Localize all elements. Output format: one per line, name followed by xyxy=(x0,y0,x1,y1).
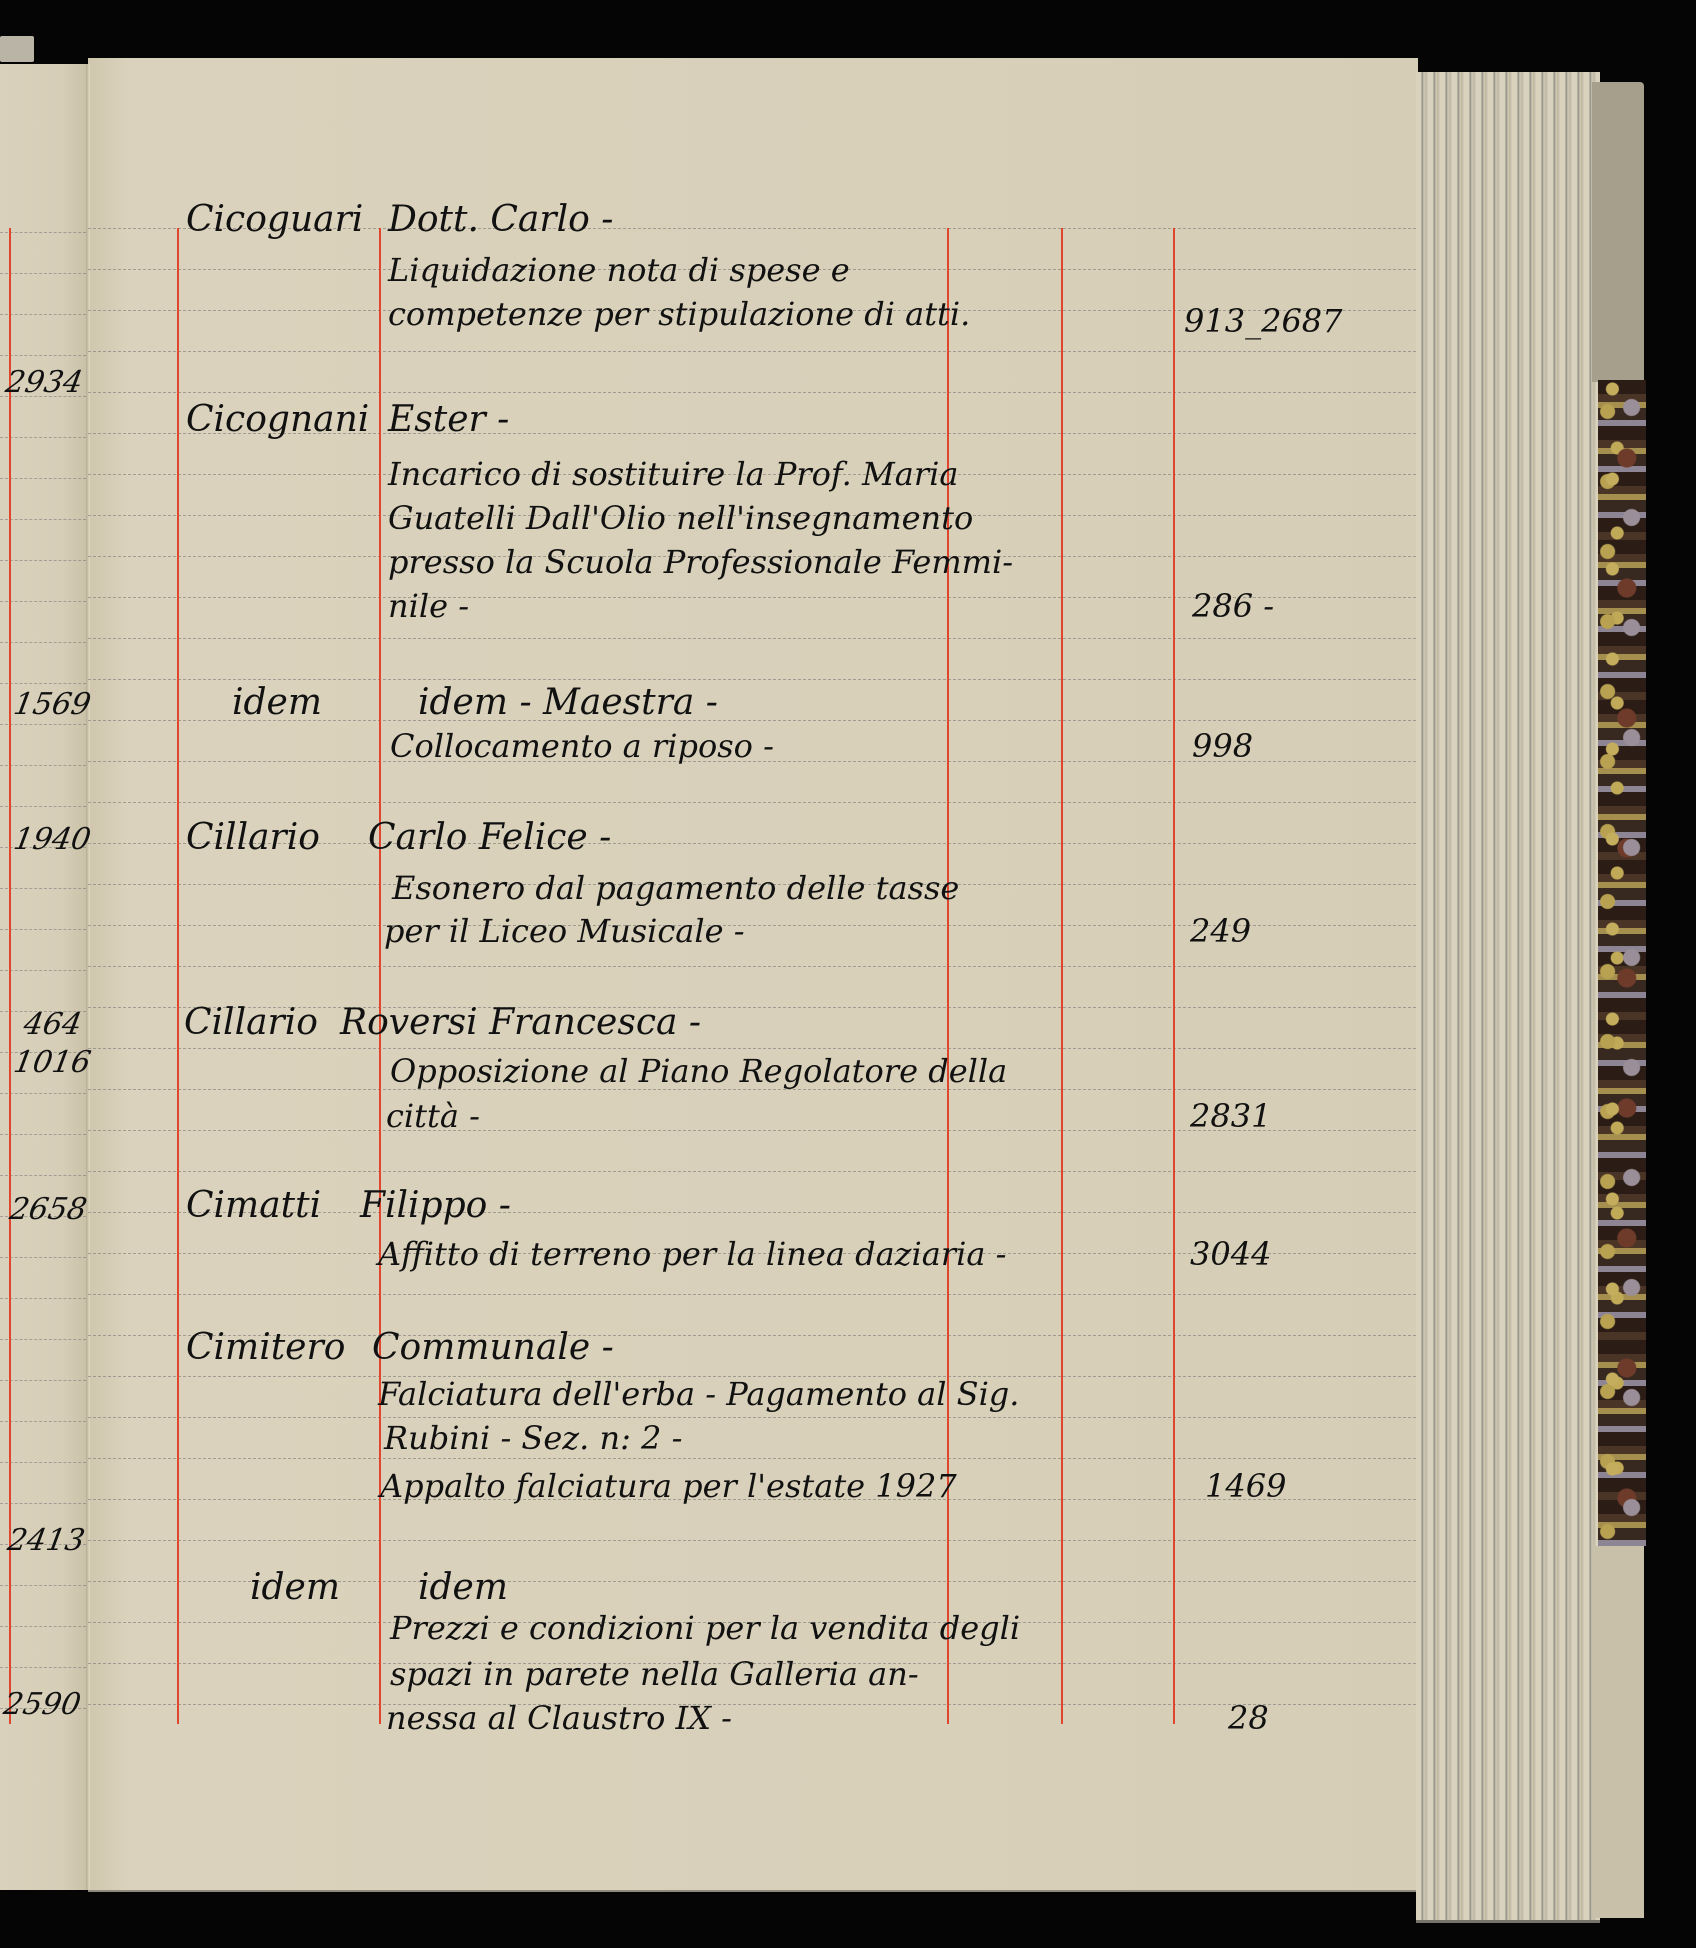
ruled-line-left-page xyxy=(0,1093,86,1095)
ruled-line xyxy=(88,1294,1416,1296)
entry-given-name: Communale - xyxy=(372,1330,614,1366)
entry-description-line: nile - xyxy=(388,590,469,622)
entry-amount: 28 xyxy=(1228,1702,1269,1734)
ruled-line-left-page xyxy=(0,1585,86,1587)
ruled-line-left-page xyxy=(0,560,86,562)
left-page-tab xyxy=(0,36,34,62)
entry-description-line: Prezzi e condizioni per la vendita degli xyxy=(390,1612,1020,1644)
red-rule-amount-column xyxy=(1173,228,1175,1724)
entry-amount: 249 xyxy=(1190,915,1251,947)
entry-surname: Cicognani xyxy=(186,402,369,438)
entry-surname: Cillario xyxy=(186,820,320,856)
ruled-line-left-page xyxy=(0,806,86,808)
ruled-line-left-page xyxy=(0,355,86,357)
left-page xyxy=(0,64,88,1890)
entry-given-name: Filippo - xyxy=(360,1188,511,1224)
entry-surname: Cimatti xyxy=(186,1188,321,1224)
ruled-line-left-page xyxy=(0,929,86,931)
ruled-line xyxy=(88,966,1416,968)
entry-description-line: Falciatura dell'erba - Pagamento al Sig. xyxy=(378,1378,1019,1410)
entry-given-name: Dott. Carlo - xyxy=(388,202,613,238)
ruled-line-left-page xyxy=(0,1175,86,1177)
ruled-line-left-page xyxy=(0,970,86,972)
ref-number: 2590 xyxy=(1,1690,83,1720)
entry-description-line: Incarico di sostituire la Prof. Maria xyxy=(388,458,958,490)
ruled-line-left-page xyxy=(0,273,86,275)
entry-given-name: Ester - xyxy=(388,402,509,438)
entry-amount: 3044 xyxy=(1190,1238,1271,1270)
ruled-line-left-page xyxy=(0,437,86,439)
ref-number: 1016 xyxy=(11,1048,93,1078)
ruled-line-left-page xyxy=(0,1503,86,1505)
ruled-line-left-page xyxy=(0,1380,86,1382)
ruled-line xyxy=(88,1048,1416,1050)
ruled-line-left-page xyxy=(0,683,86,685)
entry-description-line: Esonero dal pagamento delle tasse xyxy=(392,872,959,904)
entry-surname: idem xyxy=(250,1570,340,1606)
ruled-line-left-page xyxy=(0,1626,86,1628)
ruled-line-left-page xyxy=(0,314,86,316)
ruled-line xyxy=(88,351,1416,353)
ruled-line-left-page xyxy=(0,519,86,521)
cover-corner-top xyxy=(1592,82,1644,382)
entry-description-line: Guatelli Dall'Olio nell'insegnamento xyxy=(388,502,973,534)
ruled-line xyxy=(88,1171,1416,1173)
ruled-line-left-page xyxy=(0,1421,86,1423)
ruled-line-left-page xyxy=(0,478,86,480)
entry-description-line: Affitto di terreno per la linea daziaria… xyxy=(378,1238,1006,1270)
left-page-red-rule xyxy=(9,228,11,1724)
entry-surname: idem xyxy=(232,685,322,721)
ruled-line-left-page xyxy=(0,888,86,890)
entry-description-line: città - xyxy=(386,1100,480,1132)
entry-amount: 998 xyxy=(1192,730,1253,762)
entry-description-line: Rubini - Sez. n: 2 - xyxy=(384,1422,682,1454)
ruled-line-left-page xyxy=(0,724,86,726)
entry-description-line: Collocamento a riposo - xyxy=(390,730,774,762)
ruled-line xyxy=(88,679,1416,681)
ref-number: 1940 xyxy=(11,825,93,855)
ref-number: 2658 xyxy=(7,1195,89,1225)
ruled-line-left-page xyxy=(0,232,86,234)
entry-description-line: presso la Scuola Professionale Femmi- xyxy=(388,546,1013,578)
ruled-line xyxy=(88,802,1416,804)
ref-number: 2413 xyxy=(5,1526,87,1556)
entry-given-name: Roversi Francesca - xyxy=(340,1005,701,1041)
entry-description-line: nessa al Claustro IX - xyxy=(386,1702,732,1734)
ruled-line xyxy=(88,392,1416,394)
entry-amount: 913_2687 xyxy=(1184,305,1343,337)
entry-description-line: spazi in parete nella Galleria an- xyxy=(390,1658,919,1690)
entry-description-line: competenze per stipulazione di atti. xyxy=(388,298,970,330)
ruled-line xyxy=(88,638,1416,640)
ruled-line-left-page xyxy=(0,1298,86,1300)
entry-description-line: per il Liceo Musicale - xyxy=(384,915,745,947)
ruled-line-left-page xyxy=(0,1257,86,1259)
book-gutter xyxy=(86,64,90,1890)
entry-given-name: idem xyxy=(418,1570,508,1606)
entry-surname: Cillario xyxy=(184,1005,318,1041)
red-rule-name-column xyxy=(177,228,179,1724)
ruled-line-left-page xyxy=(0,642,86,644)
ruled-line xyxy=(88,1458,1416,1460)
ref-number: 464 xyxy=(21,1010,84,1040)
entry-amount: 2831 xyxy=(1190,1100,1271,1132)
ruled-line xyxy=(88,1540,1416,1542)
marbled-cover xyxy=(1598,380,1646,1546)
ruled-line-left-page xyxy=(0,1667,86,1669)
ruled-line-left-page xyxy=(0,1134,86,1136)
entry-amount: 286 - xyxy=(1192,590,1274,622)
ruled-line xyxy=(88,1417,1416,1419)
cover-corner-bottom xyxy=(1592,1546,1644,1918)
ruled-line-left-page xyxy=(0,1462,86,1464)
entry-surname: Cimitero xyxy=(186,1330,345,1366)
red-rule-column-4 xyxy=(1061,228,1063,1724)
ruled-line-left-page xyxy=(0,601,86,603)
page-stack-edge xyxy=(1416,72,1600,1923)
entry-description-line: Opposizione al Piano Regolatore della xyxy=(390,1055,1007,1087)
ref-number: 2934 xyxy=(3,368,85,398)
entry-amount: 1469 xyxy=(1205,1470,1286,1502)
ruled-line-left-page xyxy=(0,765,86,767)
entry-surname: Cicoguari xyxy=(186,202,363,238)
entry-given-name: Carlo Felice - xyxy=(368,820,611,856)
ruled-line-left-page xyxy=(0,1339,86,1341)
ref-number: 1569 xyxy=(11,690,93,720)
entry-given-name: idem - Maestra - xyxy=(418,685,718,721)
ruled-line xyxy=(88,1704,1416,1706)
entry-description-line: Appalto falciatura per l'estate 1927 xyxy=(380,1470,957,1502)
entry-description-line: Liquidazione nota di spese e xyxy=(388,254,850,286)
